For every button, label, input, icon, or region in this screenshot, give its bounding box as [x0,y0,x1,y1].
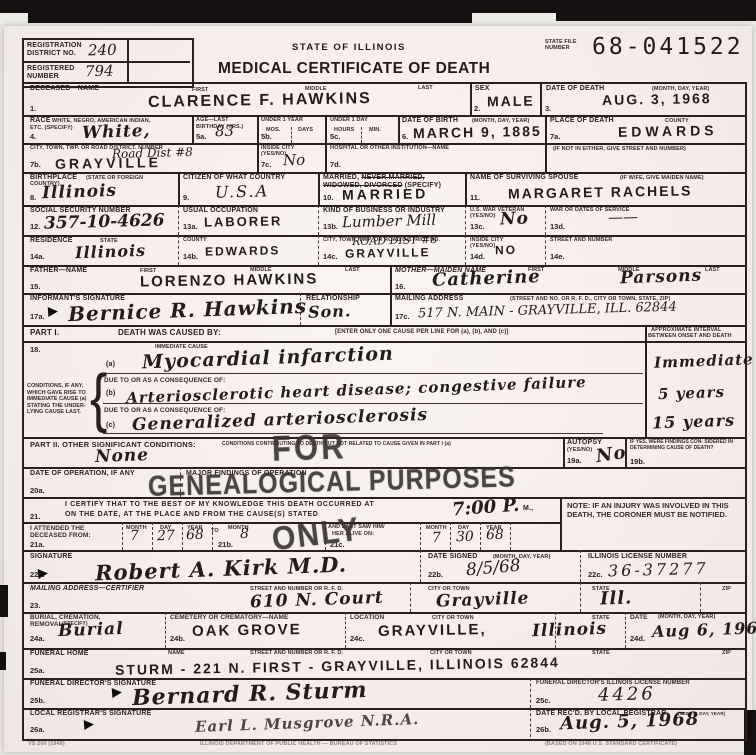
scan-edge-top-left [28,0,472,23]
date-of-death-value: AUG. 3, 1968 [602,90,712,108]
date-of-birth-label: DATE OF BIRTH [402,117,458,124]
field-21b-number: 21b. [218,540,233,549]
field-11-number: 11. [470,193,480,202]
pen-arrow-26a: ▶ [83,716,94,733]
name-last-header: LAST [418,85,433,91]
form-number-footer: VS 200 (1948) [28,741,65,747]
field-4-number: 4. [30,132,36,141]
attended-label-1: I ATTENDED THE [30,525,84,532]
field-21-number: 21. [30,512,40,521]
residence-street-label: STREET AND NUMBER [550,237,612,243]
father-name-label: FATHER—NAME [30,267,87,274]
attended-day-1: 27 [157,528,175,544]
race-label: RACE [30,117,51,124]
certify-line-2: ON THE DATE, AT THE PLACE AND FROM THE C… [65,511,318,518]
field-10-number: 10. [323,193,333,202]
informant-address-label: MAILING ADDRESS [395,295,463,302]
coroner-note: NOTE: IF AN INJURY WAS INVOLVED IN THIS … [567,501,739,519]
field-17a-number: 17a. [30,312,45,321]
field-14a-number: 14a. [30,252,45,261]
spouse-value: MARGARET RACHELS [508,182,693,201]
field-13a-number: 13a. [183,222,198,231]
field-25b-number: 25b. [30,696,45,705]
county-value: EDWARDS [618,122,718,140]
cause-b-tag: (b) [106,390,116,397]
last-saw-day: 30 [456,529,474,545]
part1-label: PART I. [30,328,59,337]
autopsy-value: No [595,442,628,467]
attended-to-label: TO [211,528,219,534]
last-saw-year: 68 [486,527,504,543]
autopsy-yesno: (YES/NO) [567,447,592,453]
burial-value: Burial [58,619,124,641]
field-13c-number: 13c. [470,222,485,231]
field-5b-number: 5b. [261,132,272,141]
burial-date-sub: (MONTH, DAY, YEAR) [658,614,715,620]
part1-caused-by-label: DEATH WAS CAUSED BY: [118,328,221,337]
hospital-label: HOSPITAL OR OTHER INSTITUTION—NAME [330,145,449,151]
cemetery-value: OAK GROVE [192,621,302,640]
state-file-number-value: 68-041522 [592,34,744,60]
field-24a-number: 24a. [30,634,45,643]
attended-year-1: 68 [186,527,204,543]
cemetery-label: CEMETERY OR CREMATORY—NAME [170,614,288,621]
scan-mark-left-1 [0,585,8,617]
race-value: White, [82,121,151,143]
field-14b-number: 14b. [183,252,198,261]
field-14d-number: 14d. [470,252,485,261]
under-1-year-label: UNDER 1 YEAR [261,117,303,123]
field-20a-number: 20a. [30,486,45,495]
residence-inside-city-value: NO [495,243,517,257]
field-17c-number: 17c. [395,312,410,321]
registration-district-label2: DISTRICT NO. [27,50,76,57]
state-file-number-label2: NUMBER [545,45,570,51]
state-heading: STATE OF ILLINOIS [292,42,406,53]
autopsy-findings-label: IF YES, WERE FINDINGS CON- SIDERED IN DE… [630,440,742,451]
min-header: MIN. [369,127,381,133]
mother-first-value: Catherine [432,266,541,291]
funeral-director-license-value: 4426 [598,683,656,706]
registered-number-label: REGISTERED [27,65,75,72]
funeral-home-state-header: STATE [592,650,610,656]
location-state-value: Illinois [532,619,608,642]
pen-arrow-22a: ▶ [37,565,48,582]
brace-glyph: { [90,361,107,436]
residence-inside-city-label2: (YES/NO) [470,243,495,249]
field-1-number: 1. [30,104,36,113]
pen-arrow-17a: ▶ [47,303,58,320]
scanned-death-certificate: REGISTRATION DISTRICT NO. 240 REGISTERED… [0,0,756,755]
citizen-value: U.S.A [215,181,270,201]
last-saw-month: 7 [432,530,441,546]
location-label: LOCATION [350,614,384,621]
date-of-death-label: DATE OF DEATH [546,85,604,92]
field-24c-number: 24c. [350,634,365,643]
signature-label: SIGNATURE [30,553,73,560]
registered-number-label2: NUMBER [27,73,59,80]
registration-district-label: REGISTRATION [27,42,82,49]
under-1-day-label: UNDER 1 DAY [330,117,368,123]
relationship-value: Son. [308,301,352,322]
certifier-city-value: Grayville [436,588,530,611]
license-number-value: 36-37277 [608,559,709,581]
field-9-number: 9. [183,193,189,202]
veteran-value: No [500,209,530,230]
field-23-number: 23. [30,601,40,610]
pen-arrow-25b: ▶ [111,684,122,701]
birthplace-value: Illinois [42,181,118,204]
registered-number-value: 794 [85,62,114,81]
certifier-address-label: MAILING ADDRESS—CERTIFIER [30,585,144,592]
certificate-title: MEDICAL CERTIFICATE OF DEATH [218,60,490,78]
funeral-home-label: FUNERAL HOME [30,650,89,657]
days-header: DAYS [298,127,313,133]
field-14c-number: 14c. [323,252,338,261]
field-21a-number: 21a. [30,540,45,549]
residence-state-value: Illinois [75,241,147,262]
cause-c-interval: 15 years [652,411,736,433]
certifier-state-value: Ill. [600,587,633,609]
race-sub2: ETC. (SPECIFY) [30,125,73,131]
father-name-value: LORENZO HAWKINS [140,270,319,290]
inside-city-value: No [283,151,306,170]
field-5a-number: 5a. [196,132,206,141]
burial-date-value: Aug 6, 1968 [652,618,756,641]
residence-label: RESIDENCE [30,237,73,244]
field-25a-number: 25a. [30,666,45,675]
field-6-number: 6. [402,132,408,141]
residence-county-value: EDWARDS [205,243,281,258]
field-7d-number: 7d. [330,160,341,169]
certify-am-pm: M., [523,505,533,512]
war-dates-value: —— [608,208,638,227]
part2-value: None [95,445,150,467]
field-7a-number: 7a. [550,132,560,141]
if-not-either-label: (IF NOT IN EITHER, GIVE STREET AND NUMBE… [553,146,686,152]
field-22c-number: 22c. [588,570,603,579]
field-22b-number: 22b. [428,570,443,579]
spouse-sub: (IF WIFE, GIVE MAIDEN NAME) [620,175,704,181]
field-2-number: 2. [474,104,480,113]
residence-city-value: GRAYVILLE [345,245,431,260]
marital-label: MARRIED, NEVER MARRIED, [323,174,425,181]
standard-certificate-footer: (BASED ON 1948 U.S. STANDARD CERTIFICATE… [545,741,677,747]
age-value: 83 [215,122,235,140]
residence-county-header: COUNTY [183,237,207,243]
field-8-number: 8. [30,193,36,202]
cause-a-interval: Immediate [654,350,754,371]
field-13d-number: 13d. [550,222,565,231]
due-to-label-1: DUE TO OR AS A CONSEQUENCE OF: [104,377,225,384]
cause-c-tag: (c) [106,422,115,429]
veteran-label2: (YES/NO) [470,213,495,219]
attended-label-2: DECEASED FROM: [30,532,91,539]
funeral-home-name-header: NAME [168,650,185,656]
attended-month-1: 7 [130,528,139,544]
field-25c-number: 25c. [536,696,551,705]
scan-mark-left-2 [0,652,6,670]
birthplace-label: BIRTHPLACE [30,174,77,181]
field-16-number: 16. [395,282,405,291]
burial-date-label: DATE [630,614,648,621]
deceased-name-label: DECEASED—NAME [30,85,99,92]
field-19a-number: 19a. [567,456,582,465]
cause-b-interval: 5 years [658,383,726,403]
field-18-number: 18. [30,345,40,354]
citizen-label: CITIZEN OF WHAT COUNTRY [183,174,285,181]
funeral-home-street-header: STREET AND NUMBER OR R. F. D. [250,650,343,656]
field-13b-number: 13b. [323,222,338,231]
field-3-number: 3. [545,104,551,113]
mother-last-header: LAST [705,267,720,273]
part1-enter-one-cause: [ENTER ONLY ONE CAUSE PER LINE FOR (a), … [335,329,508,335]
stamp-line-for: FOR [271,426,347,470]
sex-value: MALE [487,93,535,110]
scan-edge-top-right [556,0,756,21]
field-7b-number: 7b. [30,160,41,169]
field-15-number: 15. [30,282,40,291]
occupation-value: LABORER [204,213,283,229]
location-city-header: CITY OR TOWN [432,615,474,621]
date-of-operation-label: DATE OF OPERATION, IF ANY [30,470,135,477]
interval-header-2: BETWEEN ONSET AND DEATH [648,333,732,339]
father-last-header: LAST [345,267,360,273]
sex-label: SEX [475,85,490,92]
city-value: GRAYVILLE [55,154,161,172]
field-19b-number: 19b. [630,457,645,466]
registration-district-value: 240 [88,41,117,60]
date-of-birth-value: MARCH 9, 1885 [413,123,542,141]
department-footer: ILLINOIS DEPARTMENT OF PUBLIC HEALTH — B… [200,741,397,747]
cause-a-tag: (a) [106,361,115,368]
field-12-number: 12. [30,222,40,231]
location-city-value: GRAYVILLE, [378,621,487,640]
field-14e-number: 14e. [550,252,565,261]
field-24b-number: 24b. [170,634,185,643]
field-26a-number: 26a. [30,725,45,734]
industry-value: Lumber Mill [342,211,436,231]
certifier-zip-header: ZIP [722,586,731,592]
mother-last-value: Parsons [620,266,703,289]
funeral-home-zip-header: ZIP [722,650,731,656]
ssn-value: 357-10-4626 [44,210,165,233]
marital-value: MARRIED [342,185,429,203]
field-26b-number: 26b. [536,725,551,734]
place-of-death-label: PLACE OF DEATH [550,117,614,124]
field-5c-number: 5c. [330,132,340,141]
attended-month-2: 8 [240,526,249,542]
spouse-label: NAME OF SURVIVING SPOUSE [470,174,579,181]
field-7c-number: 7c. [261,160,271,169]
field-24d-number: 24d. [630,634,645,643]
